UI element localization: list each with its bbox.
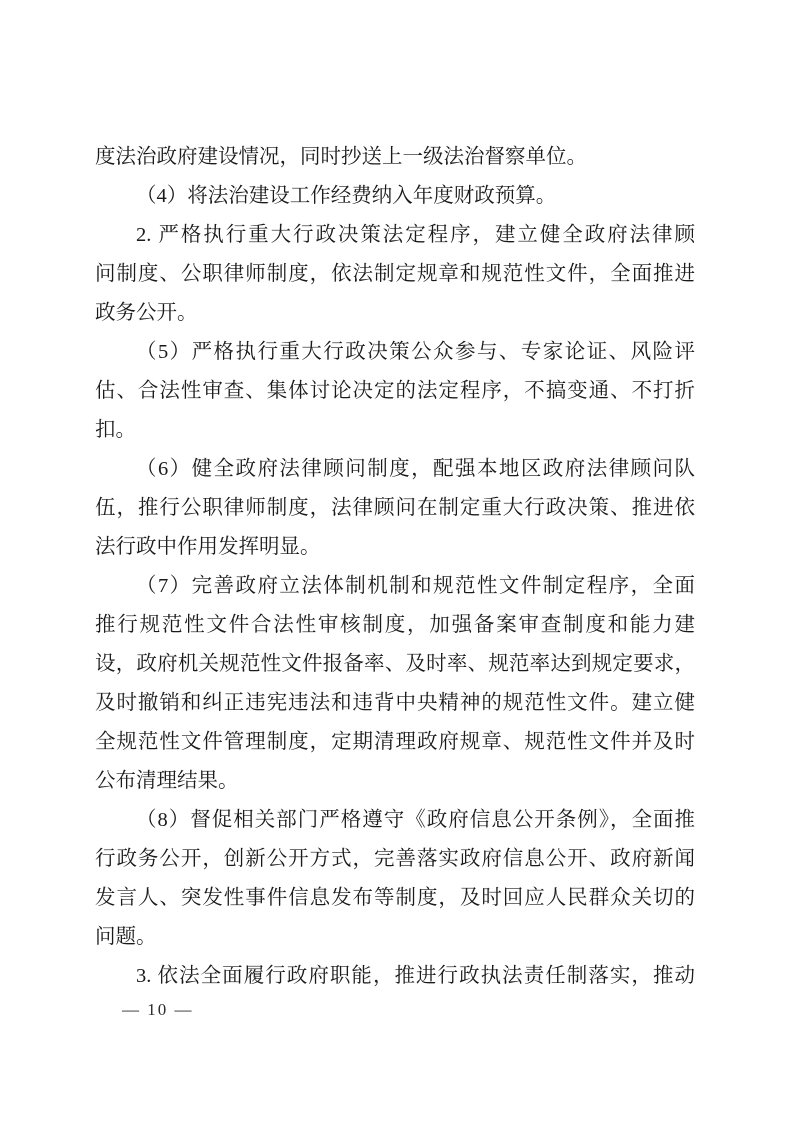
text-line: 度法治政府建设情况，同时抄送上一级法治督察单位。 [95,138,695,177]
text-line: 发言人、突发性事件信息发布等制度，及时回应人民群众关切的 [95,879,695,918]
text-line: 问题。 [95,918,695,957]
text-line: 伍，推行公职律师制度，法律顾问在制定重大行政决策、推进依 [95,489,695,528]
text-line: （7）完善政府立法体制机制和规范性文件制定程序，全面 [95,567,695,606]
text-line: （5）严格执行重大行政决策公众参与、专家论证、风险评 [95,333,695,372]
text-line: 3. 依法全面履行政府职能，推进行政执法责任制落实，推动 [95,957,695,996]
text-line: 扣。 [95,411,695,450]
page-number: — 10 — [122,998,194,1022]
text-line: 2. 严格执行重大行政决策法定程序，建立健全政府法律顾 [95,216,695,255]
document-page: 度法治政府建设情况，同时抄送上一级法治督察单位。 （4）将法治建设工作经费纳入年… [0,0,793,1122]
text-line: 及时撤销和纠正违宪违法和违背中央精神的规范性文件。建立健 [95,684,695,723]
text-line: 估、合法性审查、集体讨论决定的法定程序，不搞变通、不打折 [95,372,695,411]
text-line: 法行政中作用发挥明显。 [95,528,695,567]
text-line: 推行规范性文件合法性审核制度，加强备案审查制度和能力建 [95,606,695,645]
document-body: 度法治政府建设情况，同时抄送上一级法治督察单位。 （4）将法治建设工作经费纳入年… [95,138,695,996]
text-line: （8）督促相关部门严格遵守《政府信息公开条例》，全面推 [95,801,695,840]
text-line: 行政务公开，创新公开方式，完善落实政府信息公开、政府新闻 [95,840,695,879]
text-line: 问制度、公职律师制度，依法制定规章和规范性文件，全面推进 [95,255,695,294]
text-line: （6）健全政府法律顾问制度，配强本地区政府法律顾问队 [95,450,695,489]
text-line: 设，政府机关规范性文件报备率、及时率、规范率达到规定要求， [95,645,695,684]
text-line: 公布清理结果。 [95,762,695,801]
text-line: （4）将法治建设工作经费纳入年度财政预算。 [95,177,695,216]
text-line: 全规范性文件管理制度，定期清理政府规章、规范性文件并及时 [95,723,695,762]
text-line: 政务公开。 [95,294,695,333]
